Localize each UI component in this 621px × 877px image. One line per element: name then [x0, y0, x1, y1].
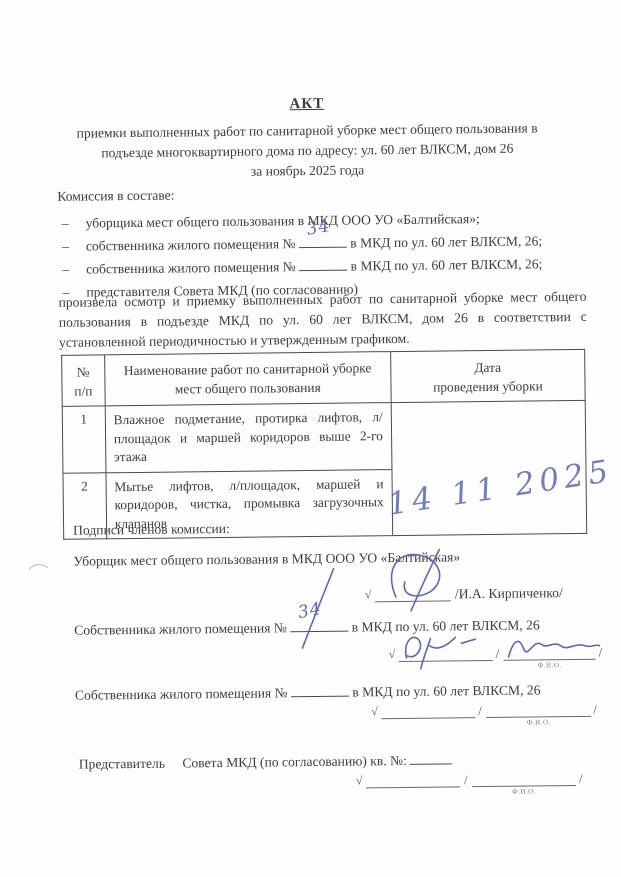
row-work: Влажное подметание, протирка лифтов, л/п…: [105, 403, 392, 473]
table-header-row: № п/п Наименование работ по санитарной у…: [62, 349, 586, 406]
apartment-number-blank: [291, 683, 349, 698]
body-paragraph: произвела осмотр и приемку выполненных р…: [58, 287, 587, 352]
signature-line: [381, 717, 475, 719]
date-cell: 14 11 2025: [391, 400, 587, 535]
row-num: 1: [62, 406, 105, 473]
table-row: 1 Влажное подметание, протирка лифтов, л…: [62, 400, 586, 472]
handwritten-cleaning-date: 14 11 2025: [385, 453, 615, 523]
cleaner-signature-name: /И.А. Кирпиченко/: [455, 585, 563, 602]
representative-signature-label: Представитель Совета МКД (по согласовани…: [79, 750, 453, 772]
commission-heading: Комиссия в составе:: [57, 188, 174, 205]
dash-marker: –: [62, 235, 86, 258]
signature-line: [375, 600, 451, 602]
handwritten-apartment-number: 34: [296, 599, 323, 623]
document-subtitle: приемки выполненных работ по санитарной …: [35, 118, 581, 184]
dash-marker: –: [62, 258, 86, 281]
owner1-signature-descender: [420, 639, 430, 669]
checkmark-tick: √: [365, 587, 372, 602]
slash-separator: /: [464, 772, 468, 788]
signature-line: [366, 786, 460, 788]
slash-separator: /: [478, 703, 482, 719]
works-table: № п/п Наименование работ по санитарной у…: [61, 349, 587, 540]
document-title: АКТ: [0, 92, 617, 116]
checkmark-tick: √: [356, 773, 363, 788]
scanned-act-document: АКТ приемки выполненных работ по санитар…: [0, 0, 621, 877]
slash-separator: /: [495, 646, 499, 662]
dash-marker: –: [62, 212, 86, 235]
owner1-signature-label: Собственника жилого помещения № 34 в МКД…: [74, 615, 540, 638]
paper-sheet: АКТ приемки выполненных работ по санитар…: [0, 0, 621, 877]
owner2-signature-label: Собственника жилого помещения № в МКД по…: [75, 680, 541, 703]
header-work: Наименование работ по санитарной уборке …: [104, 352, 391, 406]
fio-label: Ф.И.О.: [472, 787, 576, 796]
checkmark-tick: √: [388, 647, 395, 662]
checkmark-tick: √: [371, 704, 378, 719]
cleaner-signature-label: Уборщик мест общего пользования в МКД ОО…: [73, 549, 460, 569]
header-date: Дата проведения уборки: [390, 349, 585, 402]
signature-line: [399, 660, 493, 662]
scan-artifact-arc: [30, 564, 48, 569]
apartment-number-blank: [410, 750, 452, 764]
slash-separator: /: [579, 771, 583, 787]
owner1-surname-scribble: [508, 640, 599, 656]
fio-label: Ф.И.О.: [486, 718, 591, 727]
slash-separator: /: [593, 702, 597, 718]
apartment-number-blank: [299, 257, 347, 272]
apartment-number-blank: 34: [290, 618, 348, 633]
signatures-heading: Подписи членов комиссии:: [73, 521, 230, 539]
slash-separator: /: [598, 645, 602, 661]
owner1-signature-scribble: [406, 637, 476, 658]
header-num: № п/п: [62, 355, 105, 406]
fio-label: Ф.И.О.: [504, 661, 596, 670]
apartment-number-blank: 34: [299, 234, 347, 249]
handwritten-apartment-number: 34: [305, 215, 332, 242]
